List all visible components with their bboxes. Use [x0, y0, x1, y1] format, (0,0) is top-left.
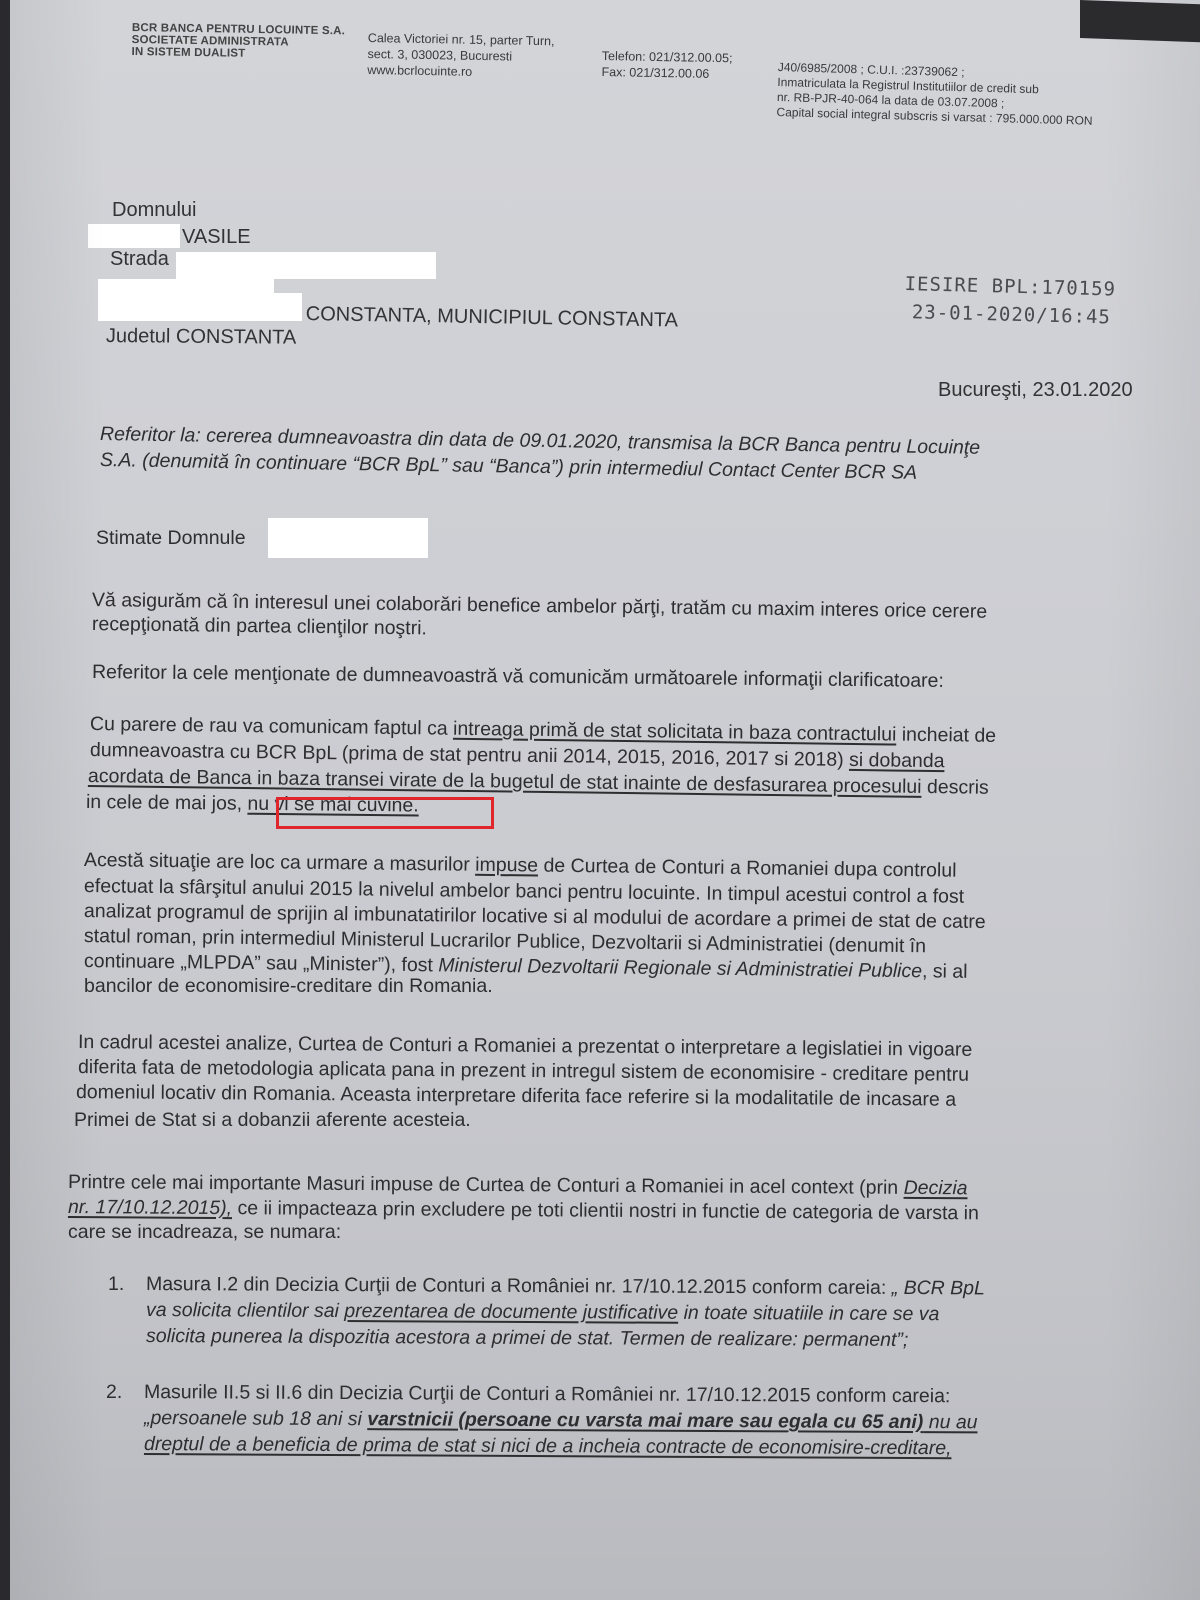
text-run: Printre cele mai importante Masuri impus…	[68, 1171, 904, 1199]
bold-underlined-text: varstnicii (persoane cu varsta mai mare …	[367, 1408, 923, 1433]
text-run: incheiat de	[896, 724, 996, 747]
text-run: descris	[921, 776, 988, 799]
paragraph-line: care se incadreaza, se numara:	[68, 1220, 341, 1245]
underlined-text: intreaga primă de stat solicitata in baz…	[453, 718, 897, 746]
redaction-first-name	[88, 224, 180, 248]
underlined-text: nu au	[923, 1411, 977, 1433]
text-run: ce ii impacteaza prin excludere pe toti …	[232, 1197, 979, 1224]
text-run: Acestă situaţie are loc ca urmare a masu…	[84, 849, 475, 876]
greeting: Stimate Domnule	[96, 526, 246, 551]
underlined-text: impuse	[475, 854, 538, 877]
paragraph-line: Referitor la cele menţionate de dumneavo…	[92, 660, 944, 694]
list-item-number: 2.	[106, 1380, 122, 1405]
text-run: Masura I.2 din Decizia Curţii de Conturi…	[146, 1273, 892, 1299]
text-run: Cu parere de rau va comunicam faptul ca	[90, 713, 453, 740]
list-item-line: va solicita clientilor sai prezentarea d…	[146, 1298, 940, 1327]
recipient-salutation: Domnului	[112, 198, 196, 222]
list-item-line: „persoanele sub 18 ani si varstnicii (pe…	[144, 1406, 978, 1435]
italic-text: va solicita clientilor sai	[146, 1299, 344, 1322]
italic-text: „persoanele sub 18 ani si	[144, 1407, 367, 1430]
decision-reference: Decizia	[904, 1177, 968, 1199]
list-item-number: 1.	[108, 1272, 124, 1297]
recipient-county: Judetul CONSTANTA	[106, 324, 297, 350]
text-run: , si al	[922, 960, 968, 983]
list-item-line: dreptul de a beneficia de prima de stat …	[144, 1432, 952, 1461]
recipient-street-label: Strada	[110, 247, 169, 271]
text-run: continuare „MLPDA” sau „Minister”), fost	[84, 950, 439, 976]
company-contact-block: Telefon: 021/312.00.05; Fax: 021/312.00.…	[601, 48, 732, 82]
list-item-line: Masurile II.5 si II.6 din Decizia Curţii…	[144, 1380, 951, 1409]
registration-stamp: IESIRE BPL:170159 23-01-2020/16:45	[904, 270, 1117, 332]
company-line: IN SISTEM DUALIST	[131, 46, 344, 61]
company-registry-block: J40/6985/2008 ; C.U.I. :23739062 ; Inmat…	[776, 60, 1094, 129]
decision-reference: nr. 17/10.12.2015),	[68, 1196, 232, 1219]
redaction-street-2	[98, 279, 274, 293]
letter-page: BCR BANCA PENTRU LOCUINTE S.A. SOCIETATE…	[10, 0, 1200, 1600]
underlined-text: prezentarea de documente justificative	[344, 1300, 678, 1324]
list-item-line: solicita punerea la dispozitia acestora …	[146, 1324, 908, 1353]
redaction-postal-code	[98, 293, 302, 321]
stamp-datetime: 23-01-2020/16:45	[904, 298, 1116, 332]
company-address-block: Calea Victoriei nr. 15, parter Turn, sec…	[367, 30, 554, 81]
place-date: Bucureşti, 23.01.2020	[938, 378, 1133, 402]
text-run: in cele de mai jos,	[86, 791, 248, 815]
background-edge	[1080, 0, 1200, 43]
underlined-text: si dobanda	[849, 749, 945, 772]
redaction-street	[176, 252, 436, 279]
fax-text: Fax: 021/312.00.06	[601, 64, 732, 82]
company-name-block: BCR BANCA PENTRU LOCUINTE S.A. SOCIETATE…	[131, 22, 345, 61]
italic-text: Ministerul Dezvoltarii Regionale si Admi…	[438, 954, 922, 982]
italic-text: in toate situatiile in care se va	[678, 1302, 939, 1325]
paragraph-line: bancilor de economisire-creditare din Ro…	[84, 974, 493, 999]
website-text: www.bcrlocuinte.ro	[367, 62, 554, 81]
list-item-line: Masura I.2 din Decizia Curţii de Conturi…	[146, 1272, 985, 1301]
redaction-surname	[268, 518, 428, 558]
paragraph-line: Primei de Stat si a dobanzii aferente ac…	[74, 1108, 471, 1133]
italic-text: „ BCR BpL	[892, 1277, 985, 1299]
text-run: de Curtea de Conturi a Romaniei dupa con…	[538, 855, 957, 882]
recipient-name: VASILE	[182, 225, 251, 249]
recipient-city: CONSTANTA, MUNICIPIUL CONSTANTA	[306, 302, 679, 332]
red-highlight-box	[276, 797, 494, 829]
paragraph-line: recepţionată din partea clienţilor noştr…	[92, 612, 427, 641]
